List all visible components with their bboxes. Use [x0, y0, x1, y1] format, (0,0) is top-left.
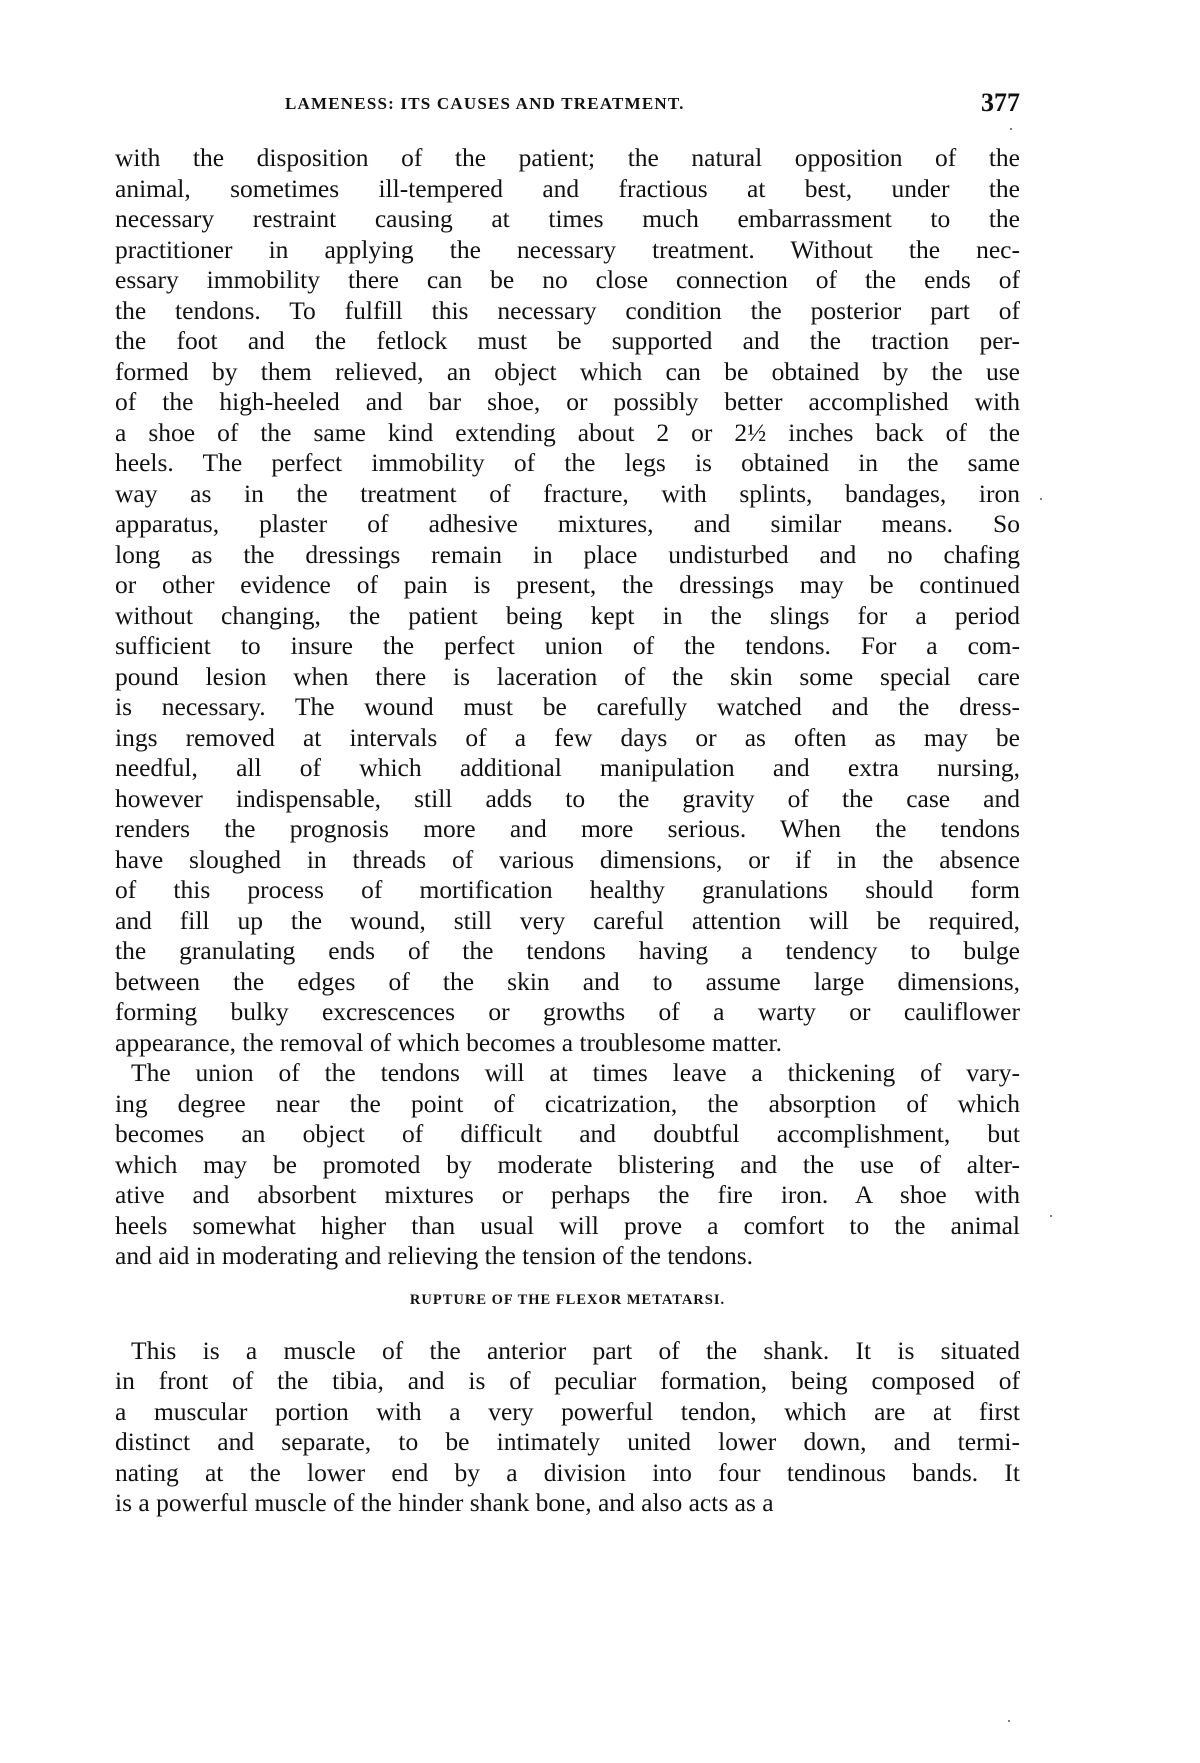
- text-line: renders the prognosis more and more seri…: [115, 814, 1020, 845]
- text-line: and fill up the wound, still very carefu…: [115, 906, 1020, 937]
- text-line: needful, all of which additional manipul…: [115, 753, 1020, 784]
- text-line: heels. The perfect immobility of the leg…: [115, 448, 1020, 479]
- text-line: necessary restraint causing at times muc…: [115, 204, 1020, 235]
- text-line: have sloughed in threads of various dime…: [115, 845, 1020, 876]
- text-line: practitioner in applying the necessary t…: [115, 235, 1020, 266]
- text-line: animal, sometimes ill-tempered and fract…: [115, 174, 1020, 205]
- text-line: between the edges of the skin and to ass…: [115, 967, 1020, 998]
- scan-speck: [1050, 1215, 1052, 1217]
- text-line: The union of the tendons will at times l…: [115, 1058, 1020, 1089]
- scan-speck: [1008, 1720, 1010, 1722]
- text-line: the foot and the fetlock must be support…: [115, 326, 1020, 357]
- text-line: forming bulky excrescences or growths of…: [115, 997, 1020, 1028]
- text-line: or other evidence of pain is present, th…: [115, 570, 1020, 601]
- text-line: formed by them relieved, an object which…: [115, 357, 1020, 388]
- text-line: without changing, the patient being kept…: [115, 601, 1020, 632]
- page-header: LAMENESS: ITS CAUSES AND TREATMENT. 377: [115, 88, 1020, 118]
- scan-speck: [1040, 498, 1042, 500]
- paragraph-1: with the disposition of the patient; the…: [115, 143, 1020, 1058]
- text-line: is necessary. The wound must be carefull…: [115, 692, 1020, 723]
- text-line: way as in the treatment of fracture, wit…: [115, 479, 1020, 510]
- section-heading: RUPTURE OF THE FLEXOR METATARSI.: [115, 1290, 1020, 1310]
- running-title: LAMENESS: ITS CAUSES AND TREATMENT.: [285, 94, 685, 114]
- text-line: a shoe of the same kind extending about …: [115, 418, 1020, 449]
- text-line: which may be promoted by moderate bliste…: [115, 1150, 1020, 1181]
- text-line: the granulating ends of the tendons havi…: [115, 936, 1020, 967]
- text-line: with the disposition of the patient; the…: [115, 143, 1020, 174]
- text-line: ative and absorbent mixtures or perhaps …: [115, 1180, 1020, 1211]
- paragraph-2: The union of the tendons will at times l…: [115, 1058, 1020, 1272]
- text-line: of this process of mortification healthy…: [115, 875, 1020, 906]
- text-line: is a powerful muscle of the hinder shank…: [115, 1488, 1020, 1519]
- text-line: This is a muscle of the anterior part of…: [115, 1336, 1020, 1367]
- text-line: a muscular portion with a very powerful …: [115, 1397, 1020, 1428]
- text-line: nating at the lower end by a division in…: [115, 1458, 1020, 1489]
- text-line: distinct and separate, to be intimately …: [115, 1427, 1020, 1458]
- text-line: ing degree near the point of cicatrizati…: [115, 1089, 1020, 1120]
- page-number: 377: [981, 88, 1020, 118]
- text-line: the tendons. To fulfill this necessary c…: [115, 296, 1020, 327]
- scan-speck: [1010, 128, 1012, 130]
- text-line: pound lesion when there is laceration of…: [115, 662, 1020, 693]
- text-line: long as the dressings remain in place un…: [115, 540, 1020, 571]
- text-line: essary immobility there can be no close …: [115, 265, 1020, 296]
- text-line: of the high-heeled and bar shoe, or poss…: [115, 387, 1020, 418]
- text-line: sufficient to insure the perfect union o…: [115, 631, 1020, 662]
- text-line: and aid in moderating and relieving the …: [115, 1241, 1020, 1272]
- text-line: however indispensable, still adds to the…: [115, 784, 1020, 815]
- text-line: in front of the tibia, and is of peculia…: [115, 1366, 1020, 1397]
- text-line: appearance, the removal of which becomes…: [115, 1028, 1020, 1059]
- text-line: ings removed at intervals of a few days …: [115, 723, 1020, 754]
- text-line: becomes an object of difficult and doubt…: [115, 1119, 1020, 1150]
- section-paragraph: This is a muscle of the anterior part of…: [115, 1336, 1020, 1519]
- text-line: heels somewhat higher than usual will pr…: [115, 1211, 1020, 1242]
- page-body: with the disposition of the patient; the…: [115, 143, 1020, 1519]
- text-line: apparatus, plaster of adhesive mixtures,…: [115, 509, 1020, 540]
